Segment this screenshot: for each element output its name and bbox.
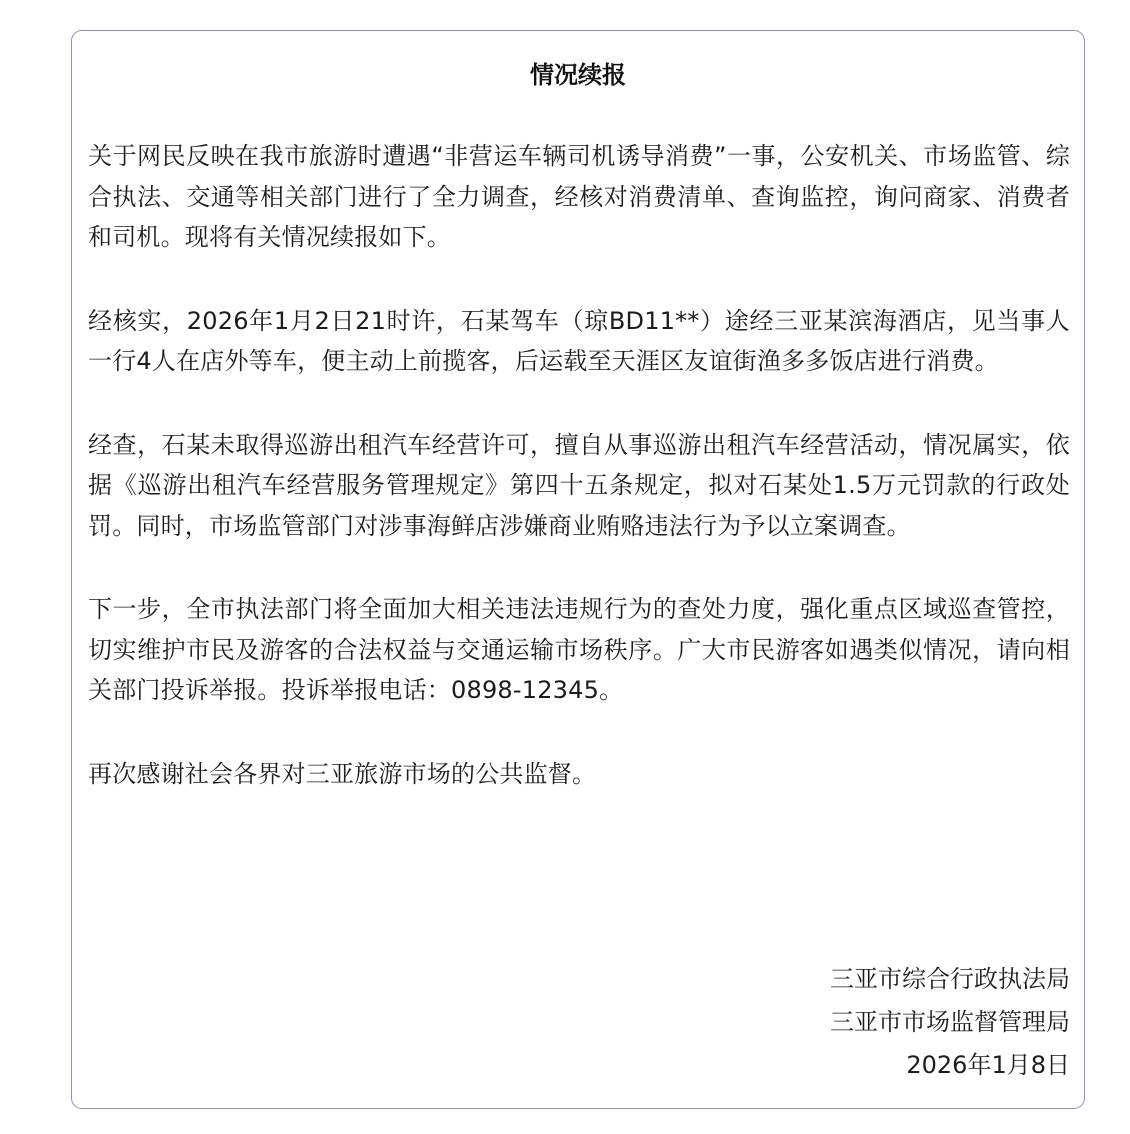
notice-title: 情况续报 [72, 59, 1084, 91]
paragraph-intro: 关于网民反映在我市旅游时遭遇“非营运车辆司机诱导消费”一事，公安机关、市场监管、… [88, 136, 1070, 258]
issuer-enforcement-bureau: 三亚市综合行政执法局 [830, 958, 1070, 1001]
paragraph-thanks: 再次感谢社会各界对三亚旅游市场的公共监督。 [88, 754, 1070, 795]
issue-date: 2026年1月8日 [830, 1044, 1070, 1087]
issuer-market-regulation-bureau: 三亚市市场监督管理局 [830, 1001, 1070, 1044]
notice-body: 关于网民反映在我市旅游时遭遇“非营运车辆司机诱导消费”一事，公安机关、市场监管、… [88, 136, 1070, 837]
notice-card: 情况续报 关于网民反映在我市旅游时遭遇“非营运车辆司机诱导消费”一事，公安机关、… [71, 30, 1085, 1109]
paragraph-penalty: 经查，石某未取得巡游出租汽车经营许可，擅自从事巡游出租汽车经营活动，情况属实，依… [88, 425, 1070, 547]
signature-block: 三亚市综合行政执法局 三亚市市场监督管理局 2026年1月8日 [830, 958, 1070, 1087]
paragraph-facts: 经核实，2026年1月2日21时许，石某驾车（琼BD11**）途经三亚某滨海酒店… [88, 301, 1070, 382]
paragraph-next-steps: 下一步，全市执法部门将全面加大相关违法违规行为的查处力度，强化重点区域巡查管控，… [88, 589, 1070, 711]
